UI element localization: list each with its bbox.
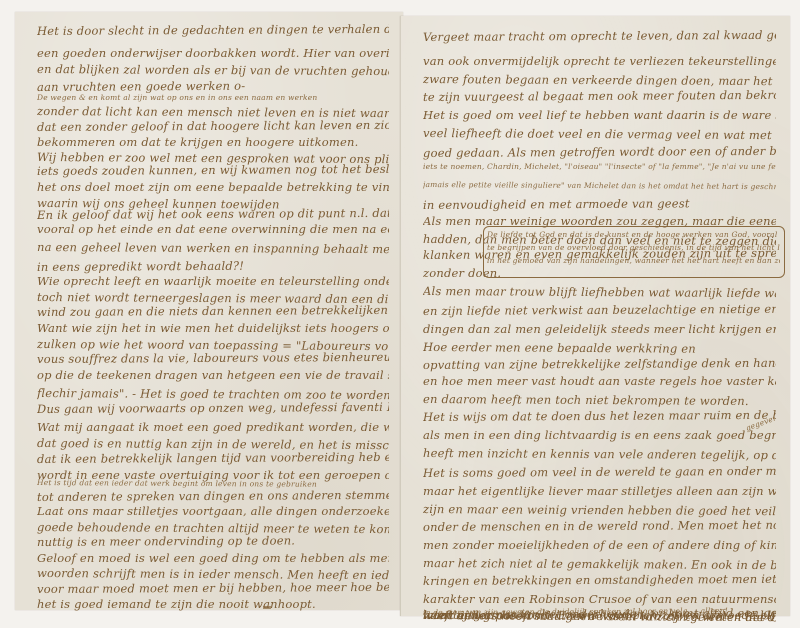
handwritten-line: maar het eigentlijke liever maar stillet… bbox=[423, 484, 776, 498]
letter-page-right: Vergeet maar tracht om oprecht te leven,… bbox=[400, 16, 790, 616]
handwritten-line: Als men maar trouw blijft liefhebben wat… bbox=[423, 284, 776, 300]
handwritten-line: iets goeds zouden kunnen, en wij kwamen … bbox=[37, 162, 389, 178]
handwritten-line: het is goed iemand te zijn die nooit wan… bbox=[37, 597, 389, 611]
handwritten-line: opvatting van zijne betrekkelijke zelfst… bbox=[423, 356, 776, 372]
handwritten-line: te zijn vuurgeest al begaat men ook meer… bbox=[423, 88, 776, 104]
handwritten-line: van ook onvermijdelijk oprecht te verlie… bbox=[423, 54, 776, 68]
handwritten-line: kringen en betrekkingen en omstandighede… bbox=[423, 572, 776, 588]
handwritten-line: Vergeet maar tracht om oprecht te leven,… bbox=[423, 28, 776, 44]
handwritten-line: Hoe eerder men eene bepaalde werkkring e… bbox=[423, 340, 776, 356]
handwritten-line: op die de teekenen dragen van hetgeen ee… bbox=[37, 368, 389, 382]
right-page-text: Vergeet maar tracht om oprecht te leven,… bbox=[401, 16, 790, 616]
handwritten-line: als men in een ding lichtvaardig is en e… bbox=[423, 428, 776, 442]
handwritten-line: vous souffrez dans la vie, laboureurs vo… bbox=[37, 350, 389, 366]
handwritten-line: tot anderen te spreken van dingen en ons… bbox=[37, 488, 389, 504]
handwritten-line: Het is goed om veel lief te hebben want … bbox=[423, 108, 776, 122]
handwritten-line: in eenvoudigheid en met armoede van gees… bbox=[423, 196, 776, 212]
handwritten-line: vooral op het einde en dat eene overwinn… bbox=[37, 222, 389, 236]
handwritten-line: het ons doel moet zijn om eene bepaalde … bbox=[37, 180, 389, 194]
handwritten-line: wind zou gaan en die niets dan kennen ee… bbox=[37, 303, 389, 319]
handwritten-line: veel liefheeft die doet veel en die verm… bbox=[423, 126, 776, 142]
handwritten-line: en zijn liefde niet verkwist aan beuzela… bbox=[423, 302, 776, 318]
handwritten-line: een goeden onderwijser doorbakken wordt.… bbox=[37, 46, 389, 60]
handwritten-line: heeft men inzicht en kennis van vele and… bbox=[423, 446, 776, 462]
handwritten-line: na een geheel leven van werken en inspan… bbox=[37, 240, 389, 256]
handwritten-line: zijn en maar een weinig vrienden hebben … bbox=[423, 502, 776, 518]
handwritten-line: dat ik een betrekkelijk langen tijd van … bbox=[37, 450, 389, 466]
handwritten-line: dingen dan zal men geleidelijk steeds me… bbox=[423, 322, 776, 336]
handwritten-line: aan vruchten een goede werken o- bbox=[37, 78, 389, 94]
handwritten-line: en dat blijken zal worden als er bij van… bbox=[37, 62, 389, 78]
handwritten-line: zware fouten begaan en verkeerde dingen … bbox=[423, 72, 776, 88]
handwritten-line: Wat mij aangaat ik moet een goed predika… bbox=[37, 420, 389, 434]
handwritten-line: Het is soms goed om veel in de wereld te… bbox=[423, 464, 776, 480]
handwritten-line: goed gedaan. Als men getroffen wordt doo… bbox=[423, 144, 776, 160]
handwritten-line: jamais elle petite vieille singuliere" v… bbox=[423, 180, 776, 191]
handwritten-line: en daarom heeft men toch niet bekrompen … bbox=[423, 392, 776, 408]
boxed-marginal-note bbox=[483, 226, 785, 278]
handwritten-line: in eens gepredikt wordt behaald?! bbox=[37, 258, 389, 274]
handwritten-line: voor maar moed moet men er bij hebben, h… bbox=[37, 580, 389, 596]
handwritten-line: dat een zonder geloof in dat hoogere lic… bbox=[37, 118, 389, 134]
handwritten-line: karakter van een Robinson Crusoe of van … bbox=[423, 592, 776, 606]
handwritten-line: en hoe men meer vast houdt aan vaste reg… bbox=[423, 374, 776, 388]
handwritten-line: men zonder moeielijkheden of de een of a… bbox=[423, 538, 776, 552]
handwritten-line: Dus gaan wij voorwaarts op onzen weg, un… bbox=[37, 400, 389, 416]
handwritten-line: De wegen & en komt al zijn wat op ons en… bbox=[37, 93, 389, 102]
handwritten-line: En ik geloof dat wij het ook eens waren … bbox=[37, 206, 389, 222]
handwritten-line: Wie oprecht leeft en waarlijk moeite en … bbox=[37, 274, 389, 288]
left-page-text: Het is door slecht in de gedachten en di… bbox=[15, 12, 403, 610]
handwritten-line: onder de menschen en in de wereld rond. … bbox=[423, 518, 776, 534]
handwritten-line: iets te noemen, Chardin, Michelet, "l'oi… bbox=[423, 162, 776, 171]
handwritten-line: Het is wijs om dat te doen dus het lezen… bbox=[423, 408, 776, 424]
ink-mark bbox=[263, 606, 271, 609]
handwritten-line: Geloof en moed is wel een goed ding om t… bbox=[37, 551, 389, 565]
letter-page-left: Het is door slecht in de gedachten en di… bbox=[15, 12, 403, 610]
handwritten-line: Het is door slecht in de gedachten en di… bbox=[37, 22, 389, 38]
handwritten-line: maar het zich niet al te gemakkelijk mak… bbox=[423, 556, 776, 572]
handwritten-line: nuttig is en meer ondervinding op te doe… bbox=[37, 533, 389, 549]
handwritten-line: Laat ons maar stilletjes voortgaan, alle… bbox=[37, 504, 389, 518]
handwritten-line: Want wie zijn het in wie men het duideli… bbox=[37, 321, 389, 335]
handwritten-line: bekommeren om dat te krijgen en hoogere … bbox=[37, 135, 389, 149]
